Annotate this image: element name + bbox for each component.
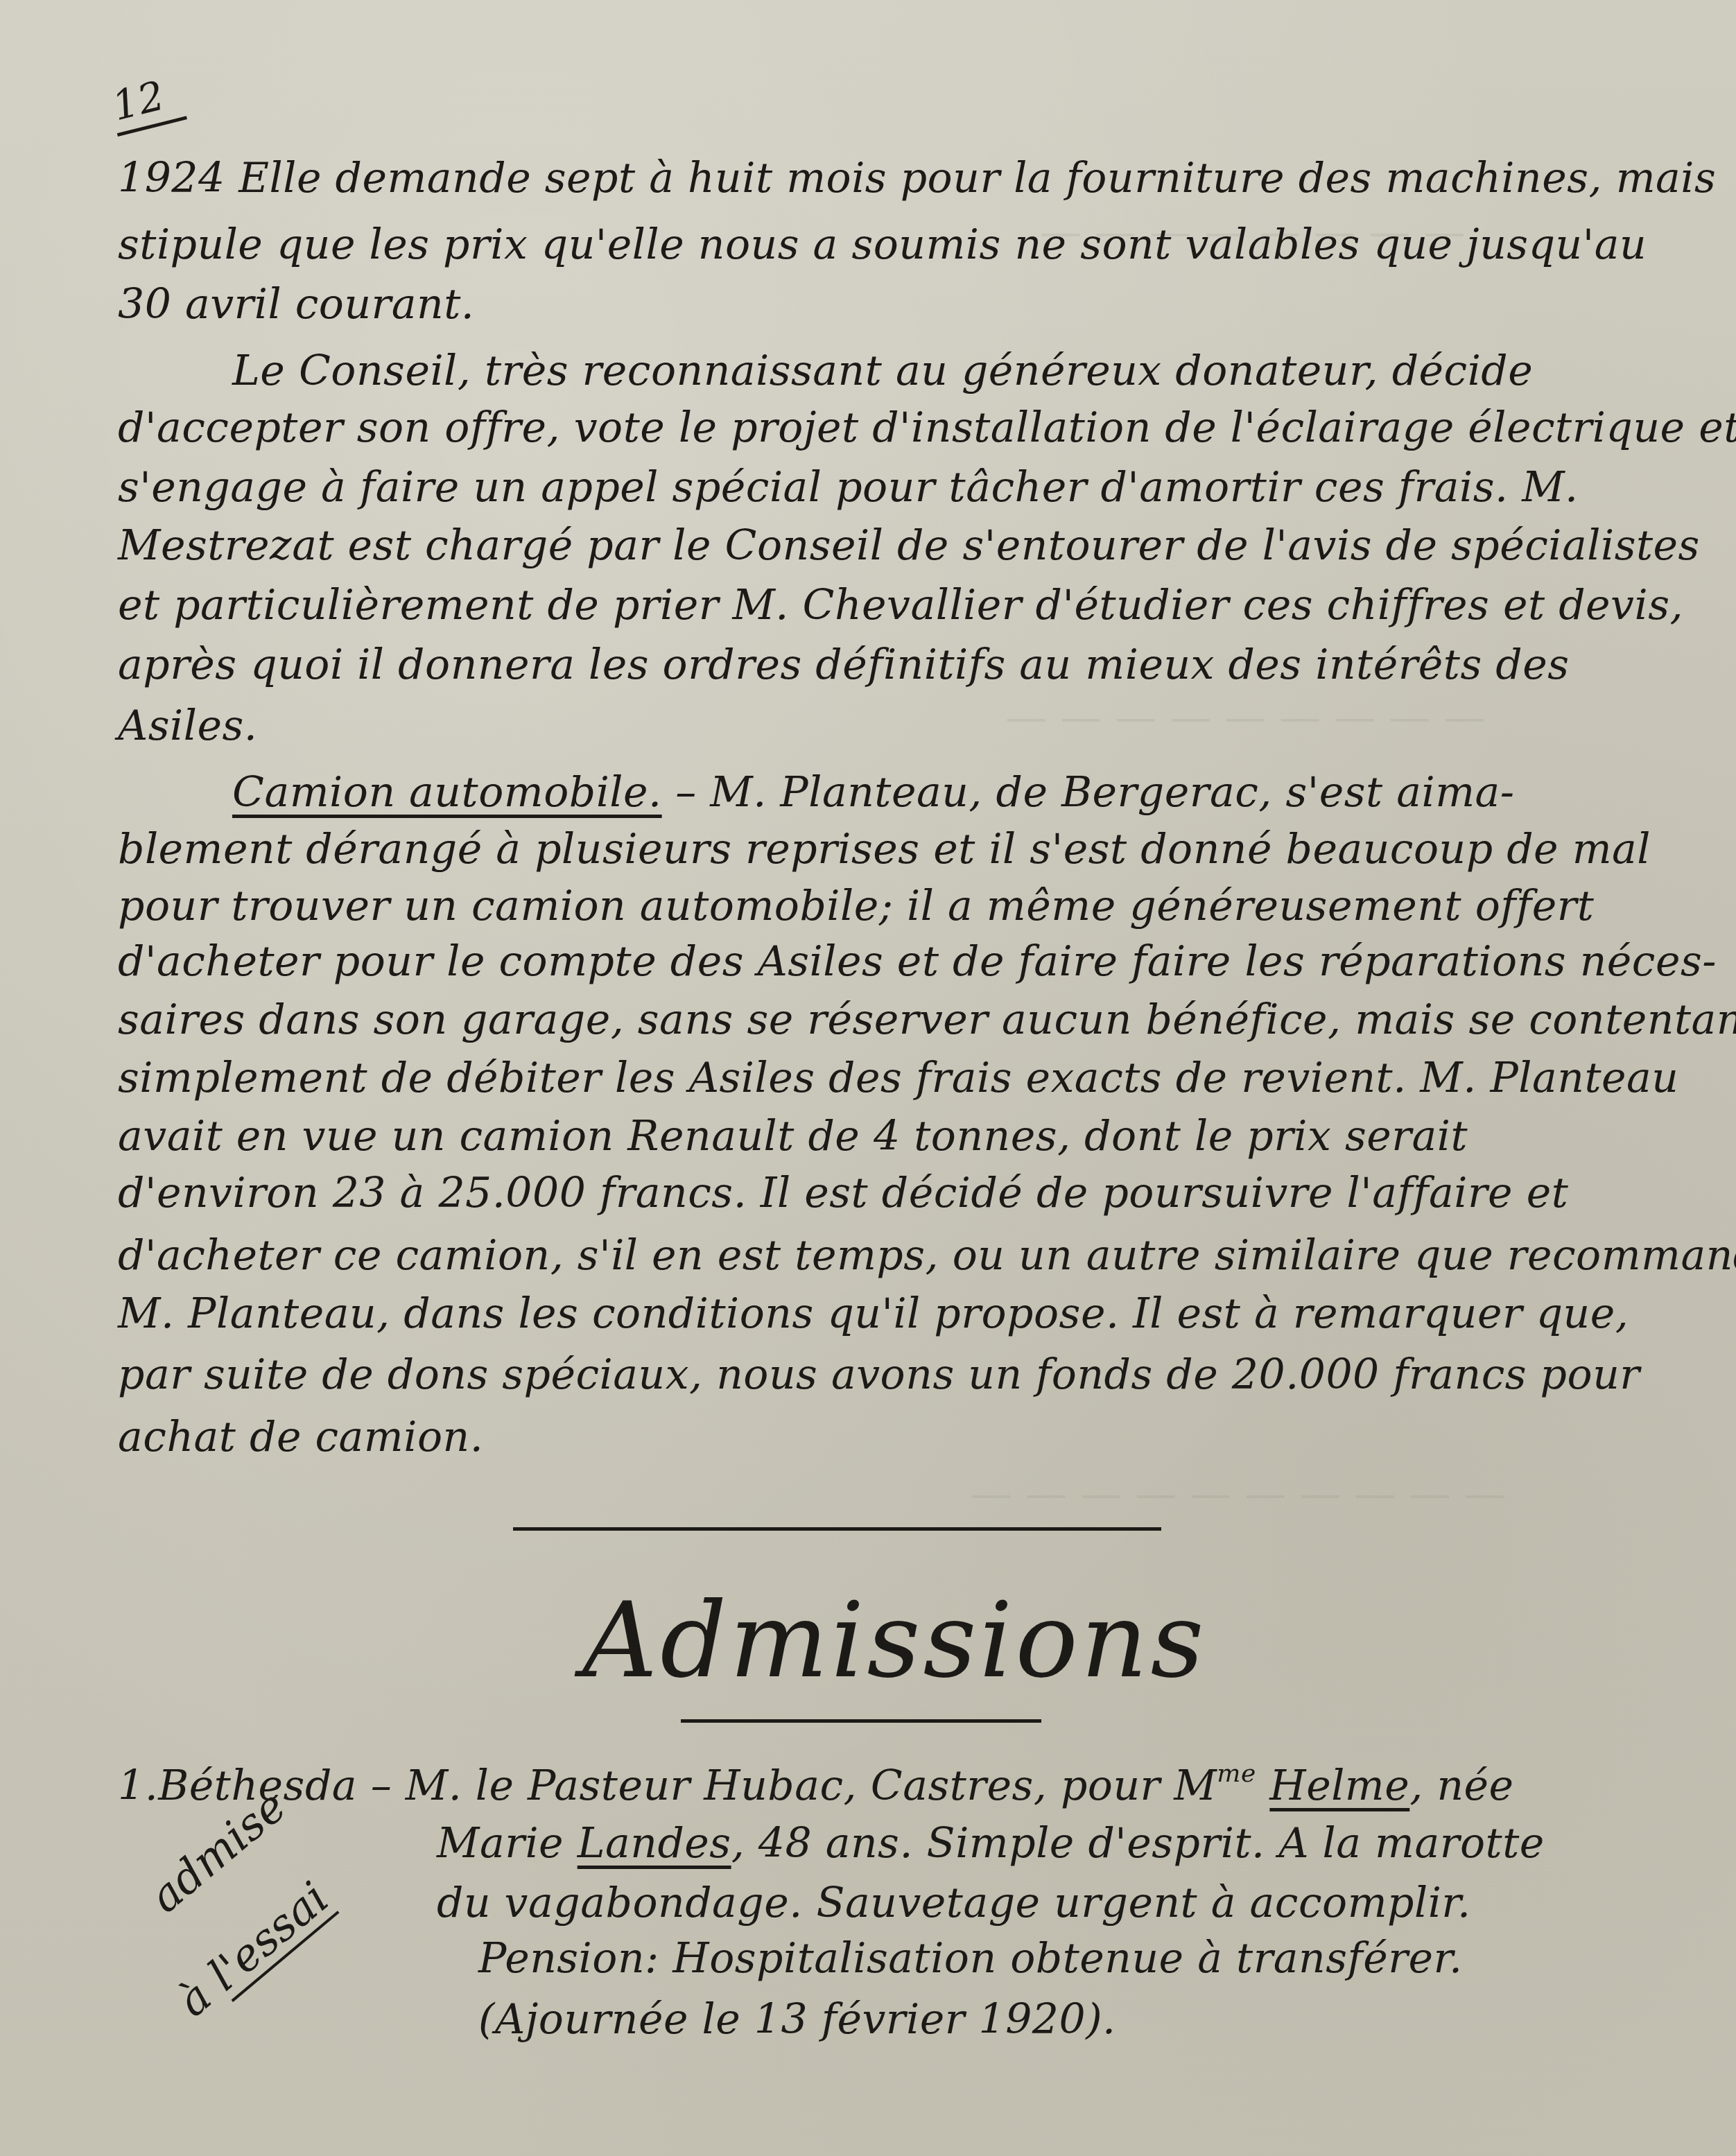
admission-entry-line: 1.Béthesda – M. le Pasteur Hubac, Castre… [118,1759,1514,1810]
text-fragment: , née [1409,1762,1513,1810]
bleed-through-text: — — — — — — — — — [1005,693,1486,742]
text-line: saires dans son garage, sans se réserver… [118,996,1736,1044]
section-divider-bottom [681,1719,1041,1723]
text-line: d'accepter son offre, vote le projet d'i… [118,403,1736,452]
text-line: blement dérangé à plusieurs reprises et … [118,825,1651,873]
text-line: Le Conseil, très reconnaissant au génére… [232,347,1533,395]
page-number: 12 [105,67,186,137]
admission-entry-line: du vagabondage. Sauvetage urgent à accom… [437,1879,1471,1927]
text-line: et particulièrement de prier M. Chevalli… [118,581,1683,629]
section-title-admissions: Admissions [582,1581,1158,1701]
text-line: Camion automobile. – M. Planteau, de Ber… [232,768,1515,817]
title-superscript: me [1217,1759,1256,1788]
text-line: achat de camion. [118,1413,483,1461]
text-line: d'acheter pour le compte des Asiles et d… [118,937,1717,986]
subheading-camion-automobile: Camion automobile. [232,768,662,817]
text-line: avait en vue un camion Renault de 4 tonn… [118,1112,1468,1160]
text-line: 30 avril courant. [118,280,474,329]
text-line: 1924 Elle demande sept à huit mois pour … [118,154,1716,202]
text-line: s'engage à faire un appel spécial pour t… [118,463,1579,512]
text-fragment: , 48 ans. Simple d'esprit. A la marotte [731,1819,1545,1868]
text-line: après quoi il donnera les ordres définit… [118,641,1570,689]
text-fragment: l'essai [199,1872,338,2001]
document-page: — — — — — — — — — — — — — — — — — — — — … [0,0,1736,2156]
text-fragment: – M. Planteau, de Bergerac, s'est aima- [662,768,1515,817]
admission-entry-line: Pension: Hospitalisation obtenue à trans… [478,1934,1463,1983]
text-fragment: Marie [437,1819,578,1868]
patient-surname: Helme [1269,1762,1409,1810]
text-line: d'environ 23 à 25.000 francs. Il est déc… [118,1169,1568,1217]
patient-maiden-name: Landes [578,1819,731,1868]
text-line: stipule que les prix qu'elle nous a soum… [118,220,1647,269]
text-line: par suite de dons spéciaux, nous avons u… [118,1350,1640,1399]
text-line: Asiles. [118,702,257,750]
section-divider-top [513,1527,1161,1531]
bleed-through-text: — — — — — — — — — — [971,1470,1506,1518]
text-line: M. Planteau, dans les conditions qu'il p… [118,1289,1629,1338]
text-fragment: – M. le Pasteur Hubac, Castres, pour M [357,1762,1217,1810]
text-line: d'acheter ce camion, s'il en est temps, … [118,1231,1736,1280]
text-line: simplement de débiter les Asiles des fra… [118,1054,1678,1102]
admission-entry-line: Marie Landes, 48 ans. Simple d'esprit. A… [437,1819,1545,1868]
text-line: pour trouver un camion automobile; il a … [118,882,1594,930]
admission-entry-line: (Ajournée le 13 février 1920). [478,1995,1116,2044]
text-line: Mestrezat est chargé par le Conseil de s… [118,521,1700,570]
entry-number: 1. [118,1762,158,1810]
